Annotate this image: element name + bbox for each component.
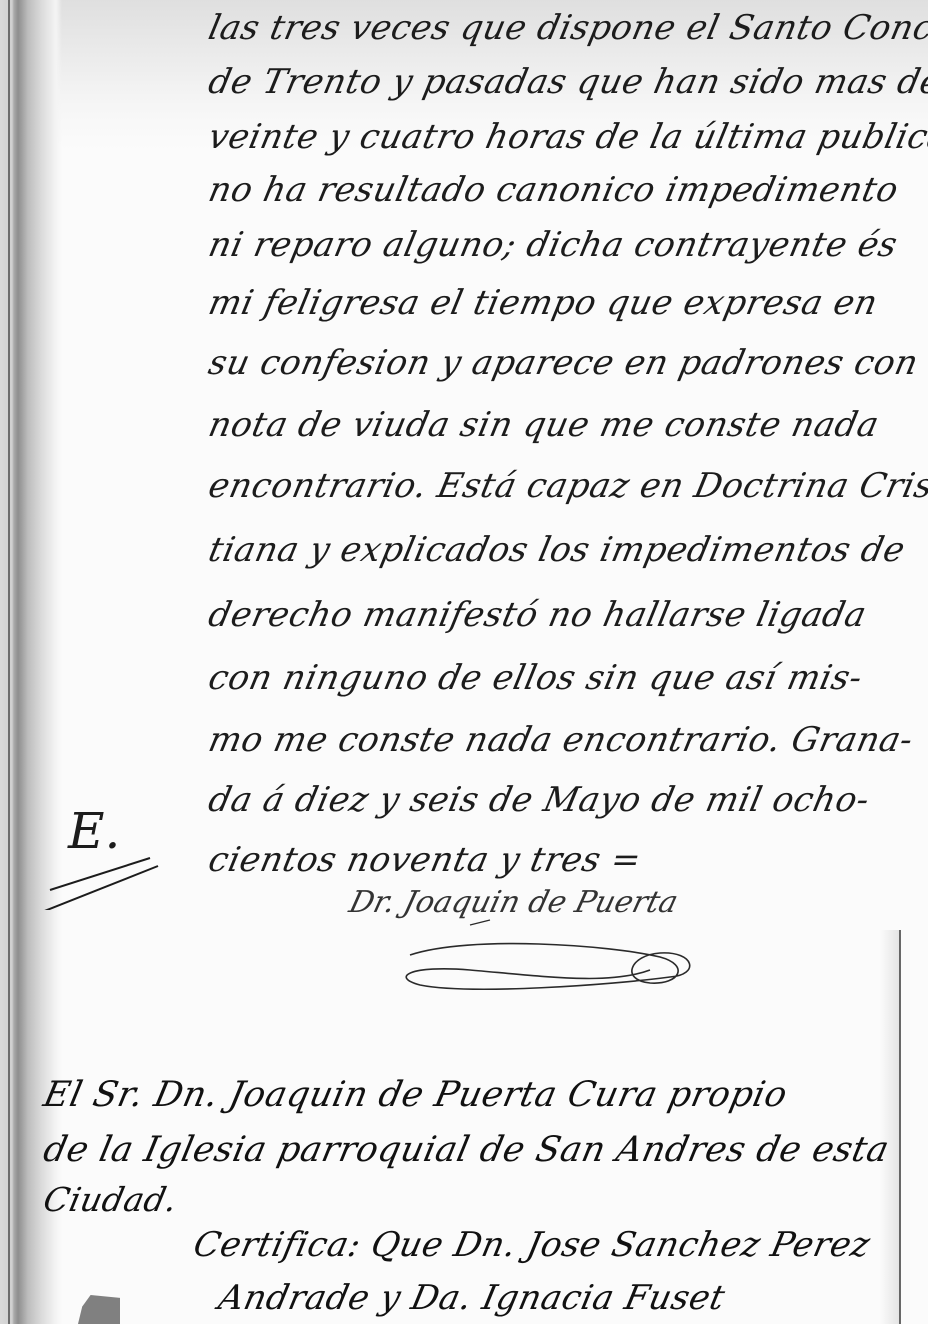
text-line: veinte y cuatro horas de la última publi… (205, 117, 928, 157)
text-line: derecho manifestó no hallarse ligada (205, 595, 870, 635)
signature-flourish (350, 885, 750, 1025)
text-line: El Sr. Dn. Joaquin de Puerta Cura propio (40, 1075, 791, 1115)
text-line: con ninguno de ellos sin que así mis- (205, 658, 866, 698)
text-line: nota de viuda sin que me conste nada (205, 405, 883, 445)
text-line: encontrario. Está capaz en Doctrina Cris… (205, 466, 928, 506)
margin-underline-strokes (40, 800, 170, 910)
ink-blot (78, 1295, 120, 1324)
text-line: Ciudad. (40, 1180, 181, 1219)
text-line: cientos noventa y tres = (205, 840, 645, 880)
manuscript-page: las tres veces que dispone el Santo Conc… (0, 0, 928, 1324)
text-line: da á diez y seis de Mayo de mil ocho- (205, 780, 873, 820)
text-line: su confesion y aparece en padrones con l… (205, 343, 928, 383)
signature: Dr. Joaquin de Puerta (350, 885, 750, 1025)
binding-edge-line (8, 0, 10, 1324)
text-line: ni reparo alguno; dicha contrayente és (205, 225, 901, 265)
page-edge-shade (880, 930, 900, 1324)
page-edge-line (899, 930, 901, 1324)
margin-mark: E. (40, 800, 170, 910)
text-line: de la Iglesia parroquial de San Andres d… (40, 1130, 893, 1170)
text-line: de Trento y pasadas que han sido mas de (205, 62, 928, 102)
text-line: las tres veces que dispone el Santo Conc… (205, 8, 928, 48)
text-line: tiana y explicados los impedimentos de (205, 530, 909, 570)
text-line: mo me conste nada encontrario. Grana- (205, 720, 917, 760)
text-line: no ha resultado canonico impedimento (205, 170, 902, 210)
text-line: Andrade y Da. Ignacia Fuset (215, 1278, 729, 1318)
text-line: Certifica: Que Dn. Jose Sanchez Perez (190, 1225, 874, 1265)
text-line: mi feligresa el tiempo que expresa en (205, 283, 881, 323)
